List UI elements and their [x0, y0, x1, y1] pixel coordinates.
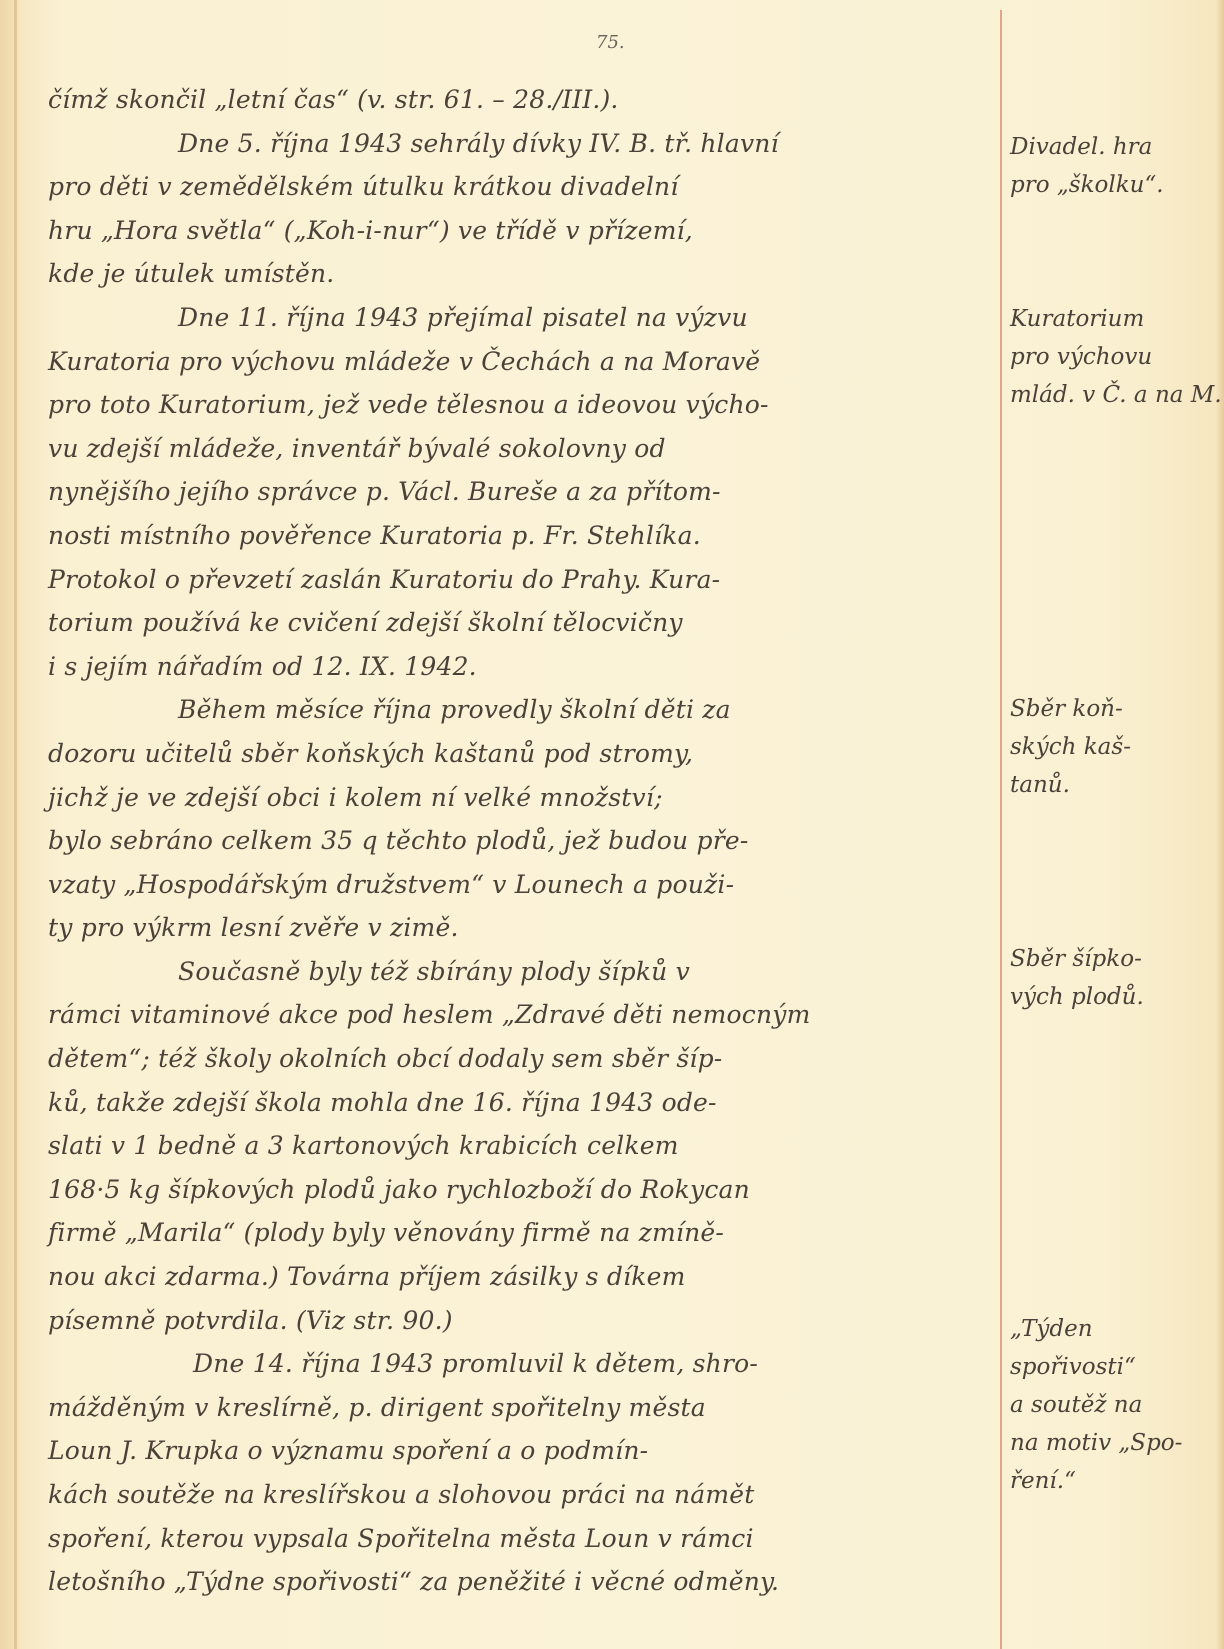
text-line: spoření, kterou vypsala Spořitelna města… [48, 1517, 988, 1561]
margin-note-line: Kuratorium [1010, 300, 1210, 338]
margin-note-savings-week: „Týden spořivosti“ a soutěž na na motiv … [1010, 1310, 1210, 1500]
margin-note-chestnut-collection: Sběr koň- ských kaš- tanů. [1010, 690, 1210, 804]
text-line: dětem“; též školy okolních obcí dodaly s… [48, 1037, 988, 1081]
text-line: pro toto Kuratorium, jež vede tělesnou a… [48, 383, 988, 427]
page-number: 75. [596, 32, 625, 53]
margin-note-line: pro výchovu [1010, 338, 1210, 376]
text-line: ty pro výkrm lesní zvěře v zimě. [48, 906, 988, 950]
text-line: slati v 1 bedně a 3 kartonových krabicíc… [48, 1124, 988, 1168]
text-line: Kuratoria pro výchovu mládeže v Čechách … [48, 340, 988, 384]
margin-note-kuratorium: Kuratorium pro výchovu mlád. v Č. a na M… [1010, 300, 1210, 414]
text-line: jichž je ve zdejší obci i kolem ní velké… [48, 776, 988, 820]
text-line: torium používá ke cvičení zdejší školní … [48, 601, 988, 645]
margin-note-line: Divadel. hra [1010, 128, 1210, 166]
text-line: nosti místního pověřence Kuratoria p. Fr… [48, 514, 988, 558]
margin-note-line: vých plodů. [1010, 978, 1210, 1016]
margin-note-line: Sběr šípko- [1010, 940, 1210, 978]
margin-note-line: spořivosti“ [1010, 1348, 1210, 1386]
margin-note-line: mlád. v Č. a na M. [1010, 376, 1210, 414]
margin-note-line: pro „školku“. [1010, 166, 1210, 204]
text-line: firmě „Marila“ (plody byly věnovány firm… [48, 1211, 988, 1255]
text-line: bylo sebráno celkem 35 q těchto plodů, j… [48, 819, 988, 863]
paragraph-start-line: Dne 5. října 1943 sehrály dívky IV. B. t… [48, 122, 988, 166]
paragraph-start-line: Dne 14. října 1943 promluvil k dětem, sh… [48, 1342, 988, 1386]
text-line: 168·5 kg šípkových plodů jako rychlozbož… [48, 1168, 988, 1212]
text-line: kde je útulek umístěn. [48, 252, 988, 296]
page-edge-shadow [1216, 0, 1224, 1649]
margin-note-line: a soutěž na [1010, 1386, 1210, 1424]
text-line: Protokol o převzetí zaslán Kuratoriu do … [48, 558, 988, 602]
chronicle-page: 75. čímž skončil „letní čas“ (v. str. 61… [0, 0, 1224, 1649]
text-line: rámci vitaminové akce pod heslem „Zdravé… [48, 993, 988, 1037]
text-line: čímž skončil „letní čas“ (v. str. 61. – … [48, 78, 988, 122]
text-line: pro děti v zemědělském útulku krátkou di… [48, 165, 988, 209]
text-line: vu zdejší mládeže, inventář bývalé sokol… [48, 427, 988, 471]
paragraph-start-line: Během měsíce října provedly školní děti … [48, 688, 988, 732]
text-line: písemně potvrdila. (Viz str. 90.) [48, 1299, 988, 1343]
paragraph-start-line: Dne 11. října 1943 přejímal pisatel na v… [48, 296, 988, 340]
margin-note-rosehip-collection: Sběr šípko- vých plodů. [1010, 940, 1210, 1016]
text-line: dozoru učitelů sběr koňských kaštanů pod… [48, 732, 988, 776]
paragraph-start-line: Současně byly též sbírány plody šípků v [48, 950, 988, 994]
text-line: nou akci zdarma.) Továrna příjem zásilky… [48, 1255, 988, 1299]
text-line: i s jejím nářadím od 12. IX. 1942. [48, 645, 988, 689]
margin-rule-line [1000, 10, 1002, 1649]
binding-edge [14, 0, 17, 1649]
margin-note-line: ských kaš- [1010, 728, 1210, 766]
text-line: nynějšího jejího správce p. Václ. Bureše… [48, 470, 988, 514]
text-line: vzaty „Hospodářským družstvem“ v Lounech… [48, 863, 988, 907]
margin-note-line: „Týden [1010, 1310, 1210, 1348]
margin-note-line: Sběr koň- [1010, 690, 1210, 728]
margin-note-line: ření.“ [1010, 1462, 1210, 1500]
text-line: hru „Hora světla“ („Koh-i-nur“) ve třídě… [48, 209, 988, 253]
margin-note-theatre-play: Divadel. hra pro „školku“. [1010, 128, 1210, 204]
text-line: letošního „Týdne spořivosti“ za peněžité… [48, 1560, 988, 1604]
text-line: ků, takže zdejší škola mohla dne 16. říj… [48, 1081, 988, 1125]
chronicle-body-text: čímž skončil „letní čas“ (v. str. 61. – … [48, 78, 988, 1604]
margin-note-line: na motiv „Spo- [1010, 1424, 1210, 1462]
text-line: Loun J. Krupka o významu spoření a o pod… [48, 1429, 988, 1473]
text-line: kách soutěže na kreslířskou a slohovou p… [48, 1473, 988, 1517]
margin-note-line: tanů. [1010, 766, 1210, 804]
text-line: mážděným v kreslírně, p. dirigent spořit… [48, 1386, 988, 1430]
